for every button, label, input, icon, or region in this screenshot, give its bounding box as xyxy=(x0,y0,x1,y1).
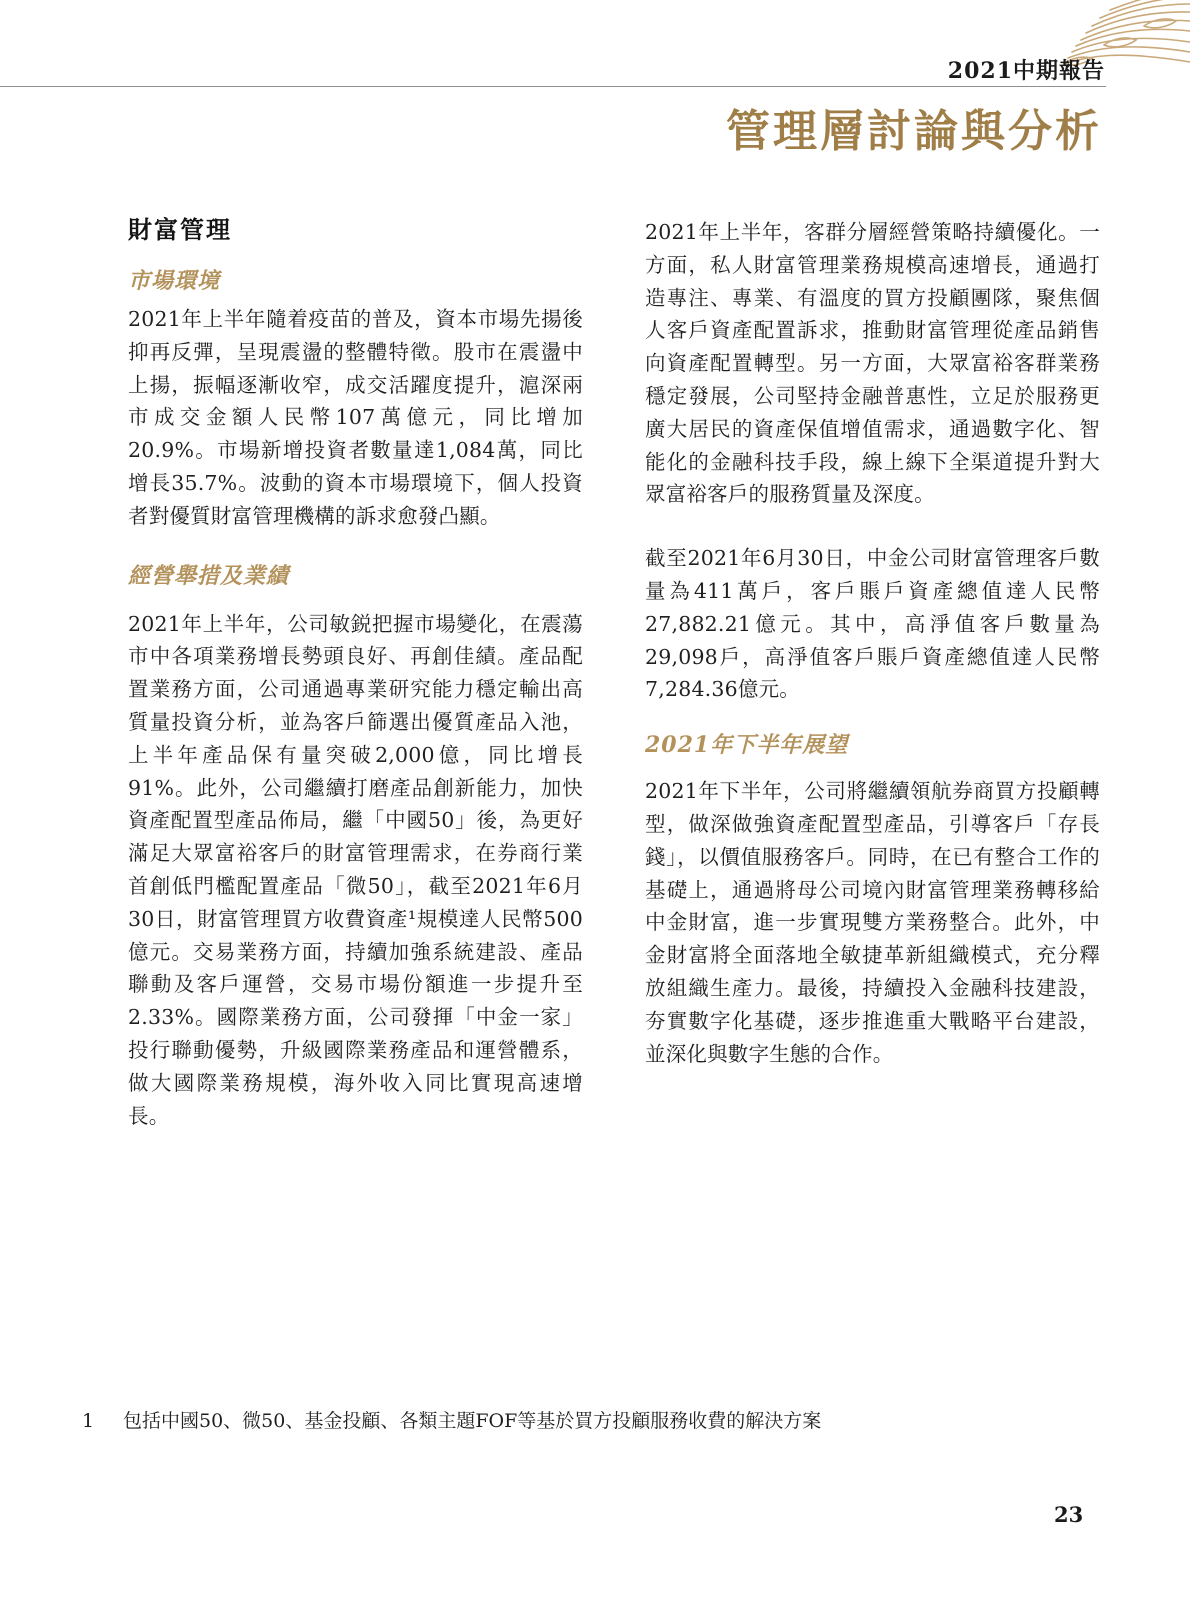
footnote: 1 包括中國50、微50、基金投顧、各類主題FOF等基於買方投顧服務收費的解決方… xyxy=(82,1408,821,1434)
paragraph-operations-and-results: 2021年上半年，公司敏鋭把握市場變化，在震蕩市中各項業務增長勢頭良好、再創佳績… xyxy=(128,608,583,1133)
report-edition-label: 2021中期報告 xyxy=(948,54,1105,85)
subheading-operations-and-results: 經營舉措及業績 xyxy=(128,561,583,591)
header-divider xyxy=(0,86,1106,87)
paragraph-market-environment: 2021年上半年隨着疫苗的普及，資本市場先揚後抑再反彈，呈現震盪的整體特徵。股市… xyxy=(128,303,583,533)
paragraph-client-statistics: 截至2021年6月30日，中金公司財富管理客戶數量為411萬戶，客戶賬戶資產總值… xyxy=(645,542,1100,706)
section-heading-wealth-management: 財富管理 xyxy=(128,213,583,247)
right-column: 2021年上半年，客群分層經營策略持續優化。一方面，私人財富管理業務規模高速增長… xyxy=(645,216,1100,1101)
footnote-text: 包括中國50、微50、基金投顧、各類主題FOF等基於買方投顧服務收費的解決方案 xyxy=(123,1408,821,1434)
left-column: 財富管理 市場環境 2021年上半年隨着疫苗的普及，資本市場先揚後抑再反彈，呈現… xyxy=(128,213,583,1160)
paragraph-customer-segmentation: 2021年上半年，客群分層經營策略持續優化。一方面，私人財富管理業務規模高速增長… xyxy=(645,216,1100,511)
subheading-market-environment: 市場環境 xyxy=(128,266,583,296)
subheading-outlook-h2-2021: 2021年下半年展望 xyxy=(645,730,1100,760)
page-number: 23 xyxy=(1054,1502,1083,1527)
report-page: 2021中期報告 管理層討論與分析 財富管理 市場環境 2021年上半年隨着疫苗… xyxy=(0,0,1190,1615)
page-title: 管理層討論與分析 xyxy=(726,95,1102,159)
footnote-marker: 1 xyxy=(82,1408,123,1434)
paragraph-outlook: 2021年下半年，公司將繼續領航券商買方投顧轉型，做深做強資產配置型產品，引導客… xyxy=(645,775,1100,1070)
